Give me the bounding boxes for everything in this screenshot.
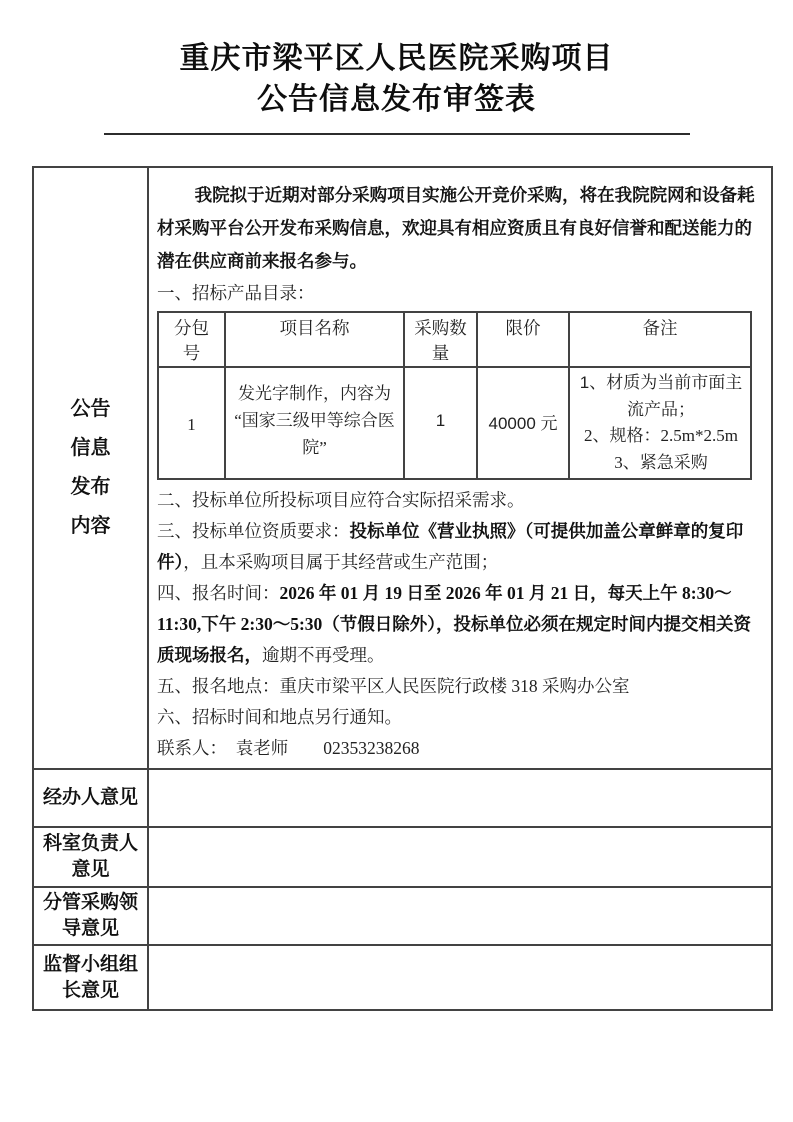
handler-opinion-signature-area bbox=[148, 769, 772, 827]
table-row-supervision-group-leader-opinion: 监督小组组长意见 bbox=[33, 945, 772, 1010]
document-title: 重庆市梁平区人民医院采购项目 公告信息发布审签表 bbox=[0, 0, 793, 120]
document-page: 重庆市梁平区人民医院采购项目 公告信息发布审签表 公告 信息 发布 内容 我院拟… bbox=[0, 0, 793, 1122]
col-header-project-name: 项目名称 bbox=[225, 312, 404, 367]
cell-package-no: 1 bbox=[158, 367, 225, 479]
row-label-department-head-opinion: 科室负责人意见 bbox=[33, 827, 148, 887]
product-table-header-row: 分包 号 项目名称 采购数 量 限价 备注 bbox=[158, 312, 751, 367]
section-4: 四、报名时间：2026 年 01 月 19 日至 2026 年 01 月 21 … bbox=[157, 578, 762, 671]
col-header-remarks: 备注 bbox=[569, 312, 751, 367]
col-header-package-no: 分包 号 bbox=[158, 312, 225, 367]
row-label-supervision-group-leader-opinion: 监督小组组长意见 bbox=[33, 945, 148, 1010]
section-1-heading: 一、招标产品目录： bbox=[157, 278, 762, 309]
cell-quantity: 1 bbox=[404, 367, 477, 479]
col-header-price-limit: 限价 bbox=[477, 312, 569, 367]
intro-paragraph: 我院拟于近期对部分采购项目实施公开竞价采购，将在我院院网和设备耗材采购平台公开发… bbox=[157, 179, 762, 278]
table-row-procurement-leader-opinion: 分管采购领导意见 bbox=[33, 887, 772, 945]
row-label-procurement-leader-opinion: 分管采购领导意见 bbox=[33, 887, 148, 945]
product-table-row: 1 发光字制作，内容为“国家三级甲等综合医院” 1 40000 元 1、材质为当… bbox=[158, 367, 751, 479]
table-row-announcement-content: 公告 信息 发布 内容 我院拟于近期对部分采购项目实施公开竞价采购，将在我院院网… bbox=[33, 167, 772, 769]
announcement-content-label: 公告 信息 发布 内容 bbox=[40, 390, 141, 546]
section-3: 三、投标单位资质要求：投标单位《营业执照》（可提供加盖公章鲜章的复印件），且本采… bbox=[157, 516, 762, 578]
remark-line: 3、紧急采购 bbox=[576, 450, 746, 477]
supervision-group-leader-opinion-signature-area bbox=[148, 945, 772, 1010]
approval-form-table: 公告 信息 发布 内容 我院拟于近期对部分采购项目实施公开竞价采购，将在我院院网… bbox=[32, 166, 773, 1011]
doc-title-line1: 重庆市梁平区人民医院采购项目 bbox=[0, 38, 793, 79]
table-row-handler-opinion: 经办人意见 bbox=[33, 769, 772, 827]
cell-project-name: 发光字制作，内容为“国家三级甲等综合医院” bbox=[225, 367, 404, 479]
cell-remarks: 1、材质为当前市面主流产品； 2、规格：2.5m*2.5m 3、紧急采购 bbox=[569, 367, 751, 479]
department-head-opinion-signature-area bbox=[148, 827, 772, 887]
table-row-department-head-opinion: 科室负责人意见 bbox=[33, 827, 772, 887]
title-underline bbox=[104, 133, 690, 135]
row-label-announcement-content: 公告 信息 发布 内容 bbox=[33, 167, 148, 769]
section-5: 五、报名地点：重庆市梁平区人民医院行政楼 318 采购办公室 bbox=[157, 671, 762, 702]
remark-line: 2、规格：2.5m*2.5m bbox=[576, 423, 746, 450]
product-catalog-table: 分包 号 项目名称 采购数 量 限价 备注 1 发光字制作，内容为“国家三级甲等… bbox=[157, 311, 752, 480]
row-label-handler-opinion: 经办人意见 bbox=[33, 769, 148, 827]
announcement-content-cell: 我院拟于近期对部分采购项目实施公开竞价采购，将在我院院网和设备耗材采购平台公开发… bbox=[148, 167, 772, 769]
procurement-leader-opinion-signature-area bbox=[148, 887, 772, 945]
cell-price-limit: 40000 元 bbox=[477, 367, 569, 479]
section-6: 六、招标时间和地点另行通知。 bbox=[157, 702, 762, 733]
contact-line: 联系人： 袁老师 02353238268 bbox=[157, 733, 762, 764]
col-header-quantity: 采购数 量 bbox=[404, 312, 477, 367]
remark-line: 1、材质为当前市面主流产品； bbox=[576, 370, 746, 423]
section-2: 二、投标单位所投标项目应符合实际招采需求。 bbox=[157, 485, 762, 516]
doc-title-line2: 公告信息发布审签表 bbox=[0, 79, 793, 120]
